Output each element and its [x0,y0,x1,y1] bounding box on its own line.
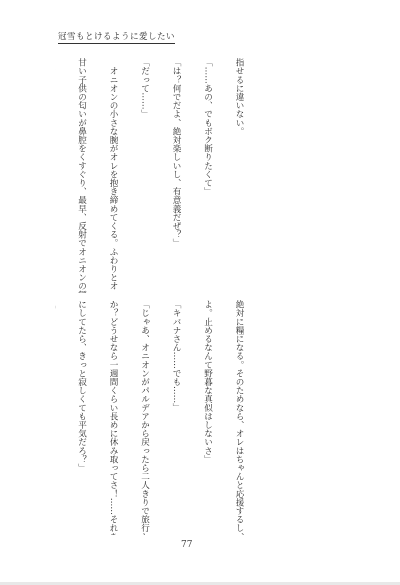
text-line: よ。止めるなんて野暮な真似はしないさ」 [202,300,213,535]
text-line: 「キバナさん……でも……」 [171,300,182,535]
text-line: 甘い子供の匂いが鼻腔をくすぐり、最早、反射でオニオンの額を掬い [76,58,87,293]
upper-text-tier: 指せるに違いない。 「……あの、でもボク断りたくて」 「は？何でだよ、絶対楽しい… [55,58,265,293]
text-line: 「……あの、でもボク断りたくて」 [202,58,213,293]
text-line: オニオンの小さな腕がオレを抱き締めてくる。ふわりとオニオンの [108,58,119,293]
page-number: 77 [181,540,192,550]
text-line: にしてたら、きっと寂しくても平気だろ？」 [76,300,87,535]
lower-text-tier: 絶対に糧になる。そのためなら、オレはちゃんと応援するし、見送る よ。止めるなんて… [55,300,265,535]
text-line: 絶対に糧になる。そのためなら、オレはちゃんと応援するし、見送る [234,300,245,535]
text-line: 「だって……」 [139,58,150,293]
running-header-title: 冠雪もとけるように愛したい [58,30,175,44]
text-line: か？どうせなら一週間くらい長めに休み取ってさ！……それを楽しみ [108,300,119,535]
text-line: 「じゃあ、オニオンがパルデアから戻ったら二人きりで旅行しない [139,300,150,535]
text-line: 指せるに違いない。 [234,58,245,293]
text-line: 「は？何でだよ、絶対楽しいし、有意義だぜ？」 [171,58,182,293]
